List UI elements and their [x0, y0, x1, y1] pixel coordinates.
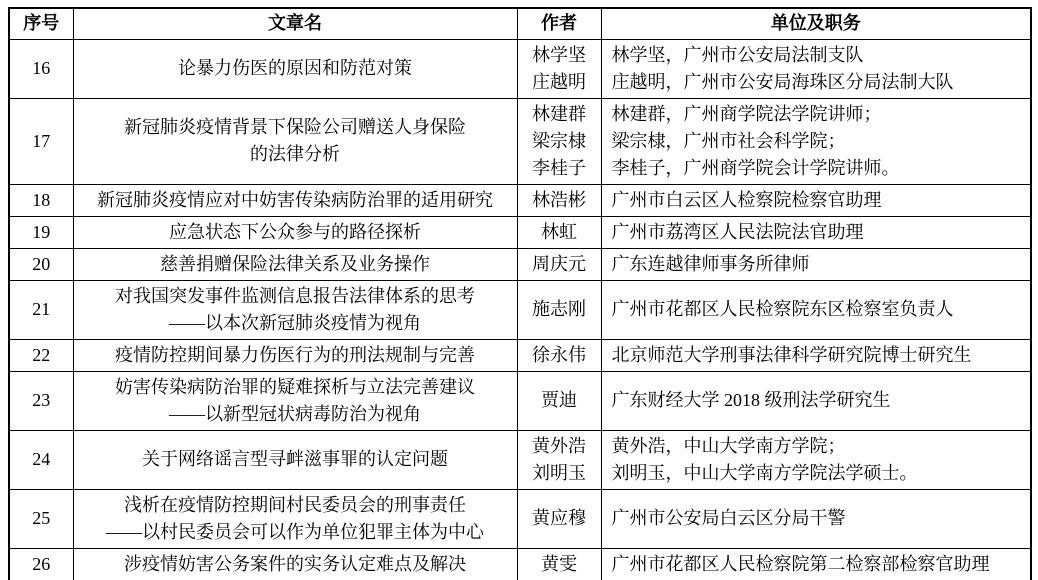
org-line: 广州市花都区人民检察院第二检察部检察官助理: [612, 551, 1027, 578]
org-line: 广州市白云区人检察院检察官助理: [612, 187, 1027, 214]
article-title-cell: 慈善捐赠保险法律关系及业务操作: [73, 248, 517, 280]
org-cell: 广州市荔湾区人民法院法官助理: [601, 216, 1031, 248]
table-row: 18 新冠肺炎疫情应对中妨害传染病防治罪的适用研究 林浩彬 广州市白云区人检察院…: [9, 184, 1031, 216]
org-line: 林建群，广州商学院法学院讲师；: [612, 101, 1027, 128]
title-line: 涉疫情妨害公务案件的实务认定难点及解决: [78, 551, 513, 578]
title-line: ——以新型冠状病毒防治为视角: [78, 401, 513, 428]
org-line: 李桂子，广州商学院会计学院讲师。: [612, 155, 1027, 182]
author-cell: 贾迪: [517, 371, 601, 430]
author-name: 林虹: [522, 219, 597, 246]
article-title-cell: 新冠肺炎疫情应对中妨害传染病防治罪的适用研究: [73, 184, 517, 216]
articles-table: 序号 文章名 作者 单位及职务 16 论暴力伤医的原因和防范对策 林学坚庄越明 …: [8, 7, 1032, 580]
article-title-cell: 应急状态下公众参与的路径探析: [73, 216, 517, 248]
table-row: 25 浅析在疫情防控期间村民委员会的刑事责任——以村民委员会可以作为单位犯罪主体…: [9, 489, 1031, 548]
author-name: 黄应穆: [522, 505, 597, 532]
title-line: 慈善捐赠保险法律关系及业务操作: [78, 251, 513, 278]
table-row: 23 妨害传染病防治罪的疑难探析与立法完善建议——以新型冠状病毒防治为视角 贾迪…: [9, 371, 1031, 430]
org-line: 刘明玉，中山大学南方学院法学硕士。: [612, 460, 1027, 487]
row-number-cell: 21: [9, 280, 73, 339]
title-line: 妨害传染病防治罪的疑难探析与立法完善建议: [78, 374, 513, 401]
document-page: 序号 文章名 作者 单位及职务 16 论暴力伤医的原因和防范对策 林学坚庄越明 …: [0, 0, 1038, 580]
title-line: 新冠肺炎疫情应对中妨害传染病防治罪的适用研究: [78, 187, 513, 214]
org-cell: 黄外浩，中山大学南方学院；刘明玉，中山大学南方学院法学硕士。: [601, 430, 1031, 489]
org-cell: 广州市白云区人检察院检察官助理: [601, 184, 1031, 216]
org-cell: 广州市公安局白云区分局干警: [601, 489, 1031, 548]
title-line: ——以本次新冠肺炎疫情为视角: [78, 310, 513, 337]
col-header-no: 序号: [9, 8, 73, 39]
author-name: 周庆元: [522, 251, 597, 278]
author-name: 刘明玉: [522, 460, 597, 487]
article-title-cell: 新冠肺炎疫情背景下保险公司赠送人身保险的法律分析: [73, 98, 517, 184]
row-number-cell: 16: [9, 39, 73, 98]
row-number-cell: 20: [9, 248, 73, 280]
author-name: 李桂子: [522, 155, 597, 182]
author-name: 贾迪: [522, 387, 597, 414]
table-row: 16 论暴力伤医的原因和防范对策 林学坚庄越明 林学坚，广州市公安局法制支队庄越…: [9, 39, 1031, 98]
author-name: 林建群: [522, 101, 597, 128]
author-cell: 施志刚: [517, 280, 601, 339]
col-header-org: 单位及职务: [601, 8, 1031, 39]
org-cell: 广州市花都区人民检察院第二检察部检察官助理: [601, 548, 1031, 580]
title-line: 关于网络谣言型寻衅滋事罪的认定问题: [78, 446, 513, 473]
article-title-cell: 疫情防控期间暴力伤医行为的刑法规制与完善: [73, 339, 517, 371]
org-line: 庄越明，广州市公安局海珠区分局法制大队: [612, 69, 1027, 96]
title-line: 的法律分析: [78, 141, 513, 168]
title-line: 应急状态下公众参与的路径探析: [78, 219, 513, 246]
author-name: 林浩彬: [522, 187, 597, 214]
author-name: 林学坚: [522, 42, 597, 69]
org-cell: 广州市花都区人民检察院东区检察室负责人: [601, 280, 1031, 339]
article-title-cell: 浅析在疫情防控期间村民委员会的刑事责任——以村民委员会可以作为单位犯罪主体为中心: [73, 489, 517, 548]
article-title-cell: 妨害传染病防治罪的疑难探析与立法完善建议——以新型冠状病毒防治为视角: [73, 371, 517, 430]
org-line: 广州市荔湾区人民法院法官助理: [612, 219, 1027, 246]
author-name: 黄雯: [522, 551, 597, 578]
org-line: 广东连越律师事务所律师: [612, 251, 1027, 278]
table-row: 21 对我国突发事件监测信息报告法律体系的思考——以本次新冠肺炎疫情为视角 施志…: [9, 280, 1031, 339]
author-cell: 林学坚庄越明: [517, 39, 601, 98]
author-cell: 黄外浩刘明玉: [517, 430, 601, 489]
table-row: 17 新冠肺炎疫情背景下保险公司赠送人身保险的法律分析 林建群梁宗棣李桂子 林建…: [9, 98, 1031, 184]
author-name: 徐永伟: [522, 342, 597, 369]
table-row: 26 涉疫情妨害公务案件的实务认定难点及解决 黄雯 广州市花都区人民检察院第二检…: [9, 548, 1031, 580]
header-row: 序号 文章名 作者 单位及职务: [9, 8, 1031, 39]
row-number-cell: 18: [9, 184, 73, 216]
row-number-cell: 19: [9, 216, 73, 248]
table-row: 24 关于网络谣言型寻衅滋事罪的认定问题 黄外浩刘明玉 黄外浩，中山大学南方学院…: [9, 430, 1031, 489]
title-line: 新冠肺炎疫情背景下保险公司赠送人身保险: [78, 114, 513, 141]
org-line: 林学坚，广州市公安局法制支队: [612, 42, 1027, 69]
row-number-cell: 25: [9, 489, 73, 548]
table-body: 16 论暴力伤医的原因和防范对策 林学坚庄越明 林学坚，广州市公安局法制支队庄越…: [9, 39, 1031, 580]
title-line: ——以村民委员会可以作为单位犯罪主体为中心: [78, 519, 513, 546]
author-name: 黄外浩: [522, 433, 597, 460]
org-line: 广州市花都区人民检察院东区检察室负责人: [612, 296, 1027, 323]
author-cell: 黄应穆: [517, 489, 601, 548]
org-cell: 北京师范大学刑事法律科学研究院博士研究生: [601, 339, 1031, 371]
author-cell: 黄雯: [517, 548, 601, 580]
org-cell: 广东财经大学 2018 级刑法学研究生: [601, 371, 1031, 430]
org-cell: 林建群，广州商学院法学院讲师；梁宗棣，广州市社会科学院；李桂子，广州商学院会计学…: [601, 98, 1031, 184]
org-line: 黄外浩，中山大学南方学院；: [612, 433, 1027, 460]
title-line: 对我国突发事件监测信息报告法律体系的思考: [78, 283, 513, 310]
org-line: 广州市公安局白云区分局干警: [612, 505, 1027, 532]
author-name: 庄越明: [522, 69, 597, 96]
org-line: 广东财经大学 2018 级刑法学研究生: [612, 387, 1027, 414]
article-title-cell: 涉疫情妨害公务案件的实务认定难点及解决: [73, 548, 517, 580]
title-line: 浅析在疫情防控期间村民委员会的刑事责任: [78, 492, 513, 519]
table-row: 20 慈善捐赠保险法律关系及业务操作 周庆元 广东连越律师事务所律师: [9, 248, 1031, 280]
author-cell: 林虹: [517, 216, 601, 248]
author-name: 梁宗棣: [522, 128, 597, 155]
author-cell: 林浩彬: [517, 184, 601, 216]
row-number-cell: 23: [9, 371, 73, 430]
author-cell: 徐永伟: [517, 339, 601, 371]
table-row: 19 应急状态下公众参与的路径探析 林虹 广州市荔湾区人民法院法官助理: [9, 216, 1031, 248]
row-number-cell: 22: [9, 339, 73, 371]
author-cell: 周庆元: [517, 248, 601, 280]
row-number-cell: 24: [9, 430, 73, 489]
title-line: 疫情防控期间暴力伤医行为的刑法规制与完善: [78, 342, 513, 369]
row-number-cell: 17: [9, 98, 73, 184]
col-header-author: 作者: [517, 8, 601, 39]
org-line: 梁宗棣，广州市社会科学院；: [612, 128, 1027, 155]
article-title-cell: 对我国突发事件监测信息报告法律体系的思考——以本次新冠肺炎疫情为视角: [73, 280, 517, 339]
org-cell: 广东连越律师事务所律师: [601, 248, 1031, 280]
org-cell: 林学坚，广州市公安局法制支队庄越明，广州市公安局海珠区分局法制大队: [601, 39, 1031, 98]
table-header: 序号 文章名 作者 单位及职务: [9, 8, 1031, 39]
col-header-title: 文章名: [73, 8, 517, 39]
author-name: 施志刚: [522, 296, 597, 323]
org-line: 北京师范大学刑事法律科学研究院博士研究生: [612, 342, 1027, 369]
title-line: 论暴力伤医的原因和防范对策: [78, 55, 513, 82]
author-cell: 林建群梁宗棣李桂子: [517, 98, 601, 184]
table-row: 22 疫情防控期间暴力伤医行为的刑法规制与完善 徐永伟 北京师范大学刑事法律科学…: [9, 339, 1031, 371]
article-title-cell: 关于网络谣言型寻衅滋事罪的认定问题: [73, 430, 517, 489]
article-title-cell: 论暴力伤医的原因和防范对策: [73, 39, 517, 98]
row-number-cell: 26: [9, 548, 73, 580]
